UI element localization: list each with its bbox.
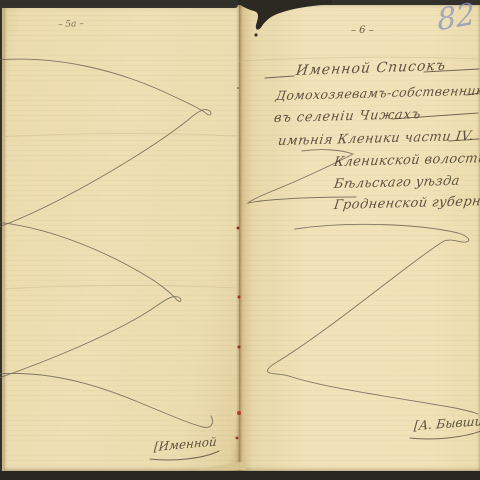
scanned-document: – 5а – – 6 – 82 Именной Списокъ Домохозя… xyxy=(0,0,480,480)
scan-top-edge xyxy=(0,0,480,5)
left-page-number: – 5а – xyxy=(58,19,84,30)
right-page-number: – 6 – xyxy=(351,25,374,36)
archival-number-blue: 82 xyxy=(436,0,476,38)
left-page xyxy=(2,5,239,471)
scan-bottom-edge xyxy=(0,471,480,480)
